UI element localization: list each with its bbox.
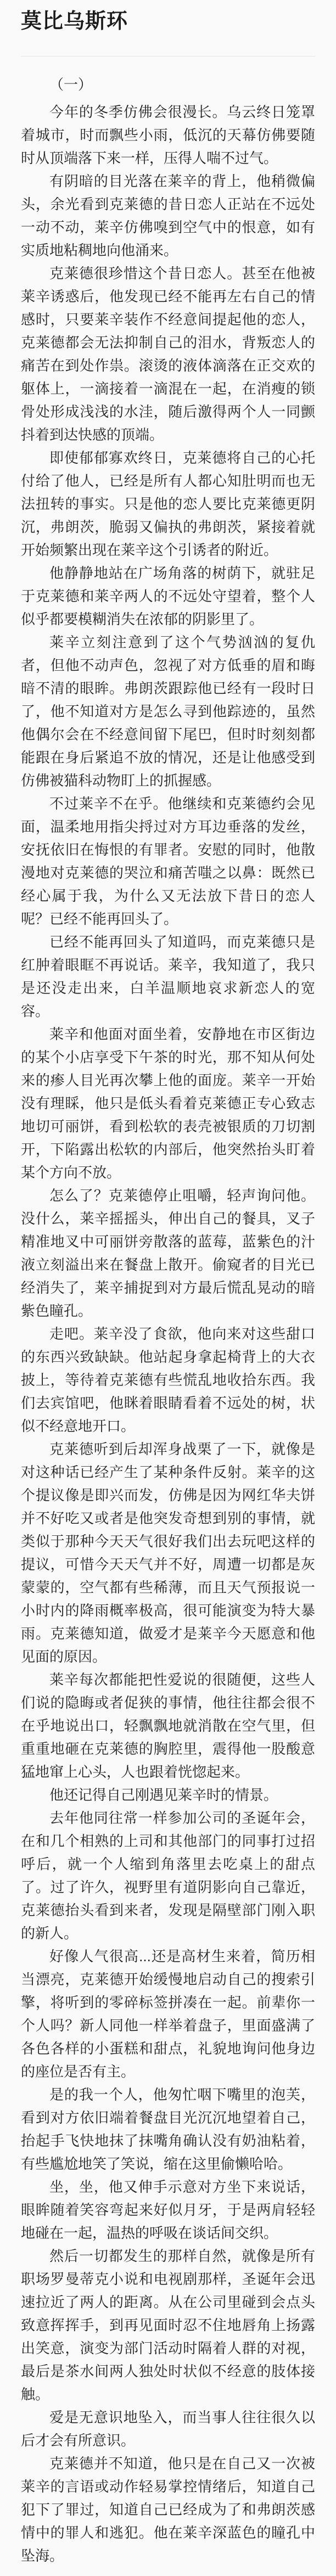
title-divider [21, 56, 315, 57]
page-title: 莫比乌斯环 [21, 9, 315, 34]
story-paragraph: 他静静地站在广场角落的树荫下，就驻足于克莱德和莱辛两人的不远处守望着，整个人似乎… [21, 562, 315, 631]
reader-page: 莫比乌斯环 （一） 今年的冬季仿佛会很漫长。乌云终日笼罩着城市，时而飘些小雨，低… [0, 0, 336, 2576]
story-paragraph: 有阴暗的目光落在莱辛的背上，他稍微偏头，余光看到克莱德的昔日恋人正站在不远处一动… [21, 170, 315, 262]
story-paragraph: 去年他同往常一样参加公司的圣诞年会，在和几个相熟的上司和其他部门的同事打过招呼后… [21, 1806, 315, 1945]
story-paragraph: 他还记得自己刚遇见莱辛时的情景。 [21, 1783, 315, 1806]
story-paragraph: 好像人气很高...还是高材生来着，简历相当漂亮，克莱德开始缓慢地启动自己的搜索引… [21, 1945, 315, 2083]
story-paragraph: 莱辛立刻注意到了这个气势汹汹的复仇者，但他不动声色，忽视了对方低垂的眉和晦暗不清… [21, 631, 315, 792]
story-paragraph: 然后一切都发生的那样自然，就像是所有职场罗曼蒂克小说和电视剧那样，圣诞年会迅速拉… [21, 2244, 315, 2406]
story-paragraph: 不过莱辛不在乎。他继续和克莱德约会见面，温柔地用指尖捋过对方耳边垂落的发丝，安抚… [21, 792, 315, 930]
story-paragraph: 是的我一个人，他匆忙咽下嘴里的泡芙，看到对方依旧端着餐盘目光沉沉地望着自己，抬起… [21, 2083, 315, 2175]
story-paragraph: 即使郁郁寡欢终日，克莱德将自己的心托付给了他人，已经是所有人都心知肚明而也无法扭… [21, 446, 315, 562]
story-paragraph: 爱是无意识地坠入，而当事人往往很久以后才会有所意识。 [21, 2406, 315, 2452]
story-paragraph: 克莱德很珍惜这个昔日恋人。甚至在他被莱辛诱惑后，他发现已经不能再左右自己的情感时… [21, 262, 315, 446]
story-paragraph: 克莱德并不知道，他只是在自己又一次被莱辛的言语或动作轻易掌控情绪后，知道自己犯下… [21, 2452, 315, 2567]
story-paragraph: 克莱德听到后却浑身战栗了一下，就像是对这种话已经产生了某种条件反射。莱辛的这个提… [21, 1438, 315, 1668]
story-paragraph: 走吧。莱辛没了食欲，他向来对这些甜口的东西兴致缺缺。他站起身拿起椅背上的大衣披上… [21, 1322, 315, 1438]
story-paragraph: 莱辛和他面对面坐着，安静地在市区街边的某个小店享受下午茶的时光，那不知从何处来的… [21, 1023, 315, 1184]
story-paragraph: 莱辛每次都能把性爱说的很随便，这些人们说的隐晦或者促狭的事情，他往往都会很不在乎… [21, 1668, 315, 1783]
story-body: 今年的冬季仿佛会很漫长。乌云终日笼罩着城市，时而飘些小雨，低沉的天幕仿佛要随时从… [21, 100, 315, 2567]
section-marker: （一） [21, 73, 315, 96]
story-paragraph: 坐，坐，他又伸手示意对方坐下来说话，眼眸随着笑容弯起来好似月牙，于是两肩轻轻地碰… [21, 2175, 315, 2244]
story-paragraph: 已经不能再回头了知道吗，而克莱德只是红肿着眼眶不再说话。莱辛，我知道了，我只是还… [21, 930, 315, 1023]
story-paragraph: 怎么了？克莱德停止咀嚼，轻声询问他。没什么，莱辛摇摇头，伸出自己的餐具，叉子精准… [21, 1184, 315, 1322]
story-paragraph: 今年的冬季仿佛会很漫长。乌云终日笼罩着城市，时而飘些小雨，低沉的天幕仿佛要随时从… [21, 100, 315, 170]
